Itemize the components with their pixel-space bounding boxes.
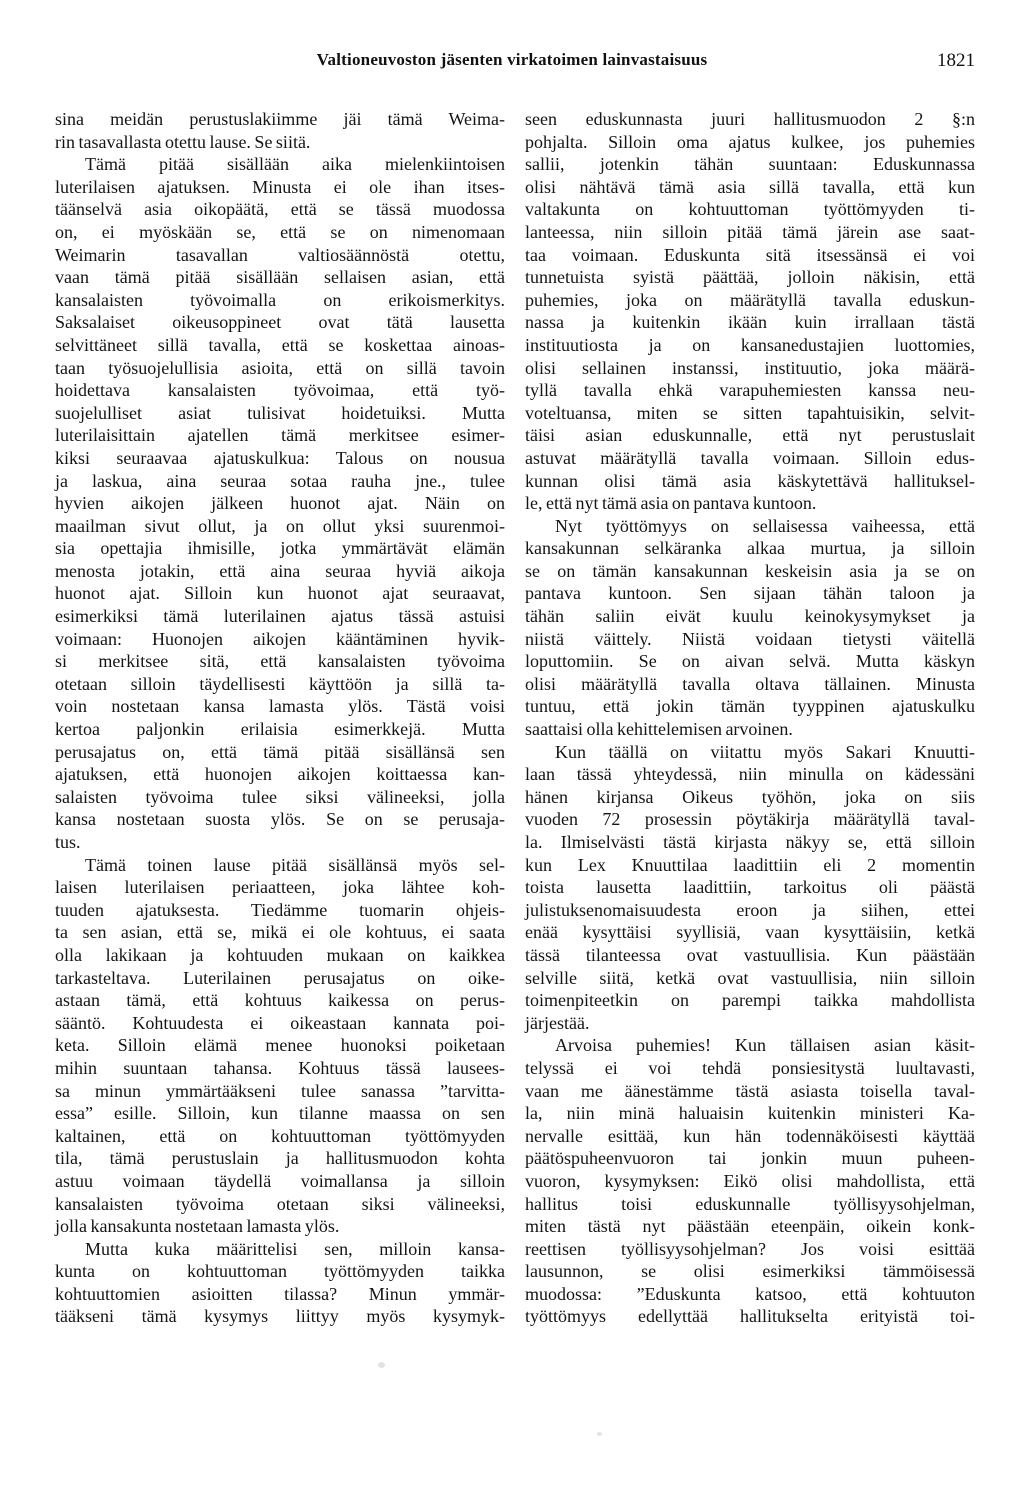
text-line: Nyt työttömyys on sellaisessa vaiheessa,… xyxy=(525,515,975,538)
page-header: Valtioneuvoston jäsenten virkatoimen lai… xyxy=(0,50,1024,76)
text-line: luterilaisittain ajatellen tämä merkitse… xyxy=(55,424,505,447)
text-line: ta sen asian, että se, mikä ei ole kohtu… xyxy=(55,921,505,944)
text-line: hoidettava kansalaisten työvoimaa, että … xyxy=(55,379,505,402)
text-line: instituutiosta ja on kansanedustajien lu… xyxy=(525,334,975,357)
text-line: selvittäneet sillä tavalla, että se kosk… xyxy=(55,334,505,357)
running-title: Valtioneuvoston jäsenten virkatoimen lai… xyxy=(0,50,1024,70)
text-line: hallitus toisi eduskunnalle työllisyysoh… xyxy=(525,1193,975,1216)
text-line: olla lakikaan ja kohtuuden mukaan on kai… xyxy=(55,944,505,967)
text-line: hänen kirjansa Oikeus työhön, joka on si… xyxy=(525,786,975,809)
text-line: luterilaisen ajatuksen. Minusta ei ole i… xyxy=(55,176,505,199)
text-line: sa minun ymmärtääkseni tulee sanassa ”ta… xyxy=(55,1080,505,1103)
text-line: hyvien aikojen jälkeen huonot ajat. Näin… xyxy=(55,492,505,515)
text-line: vaan me äänestämme tästä asiasta toisell… xyxy=(525,1080,975,1103)
text-line: tus. xyxy=(55,831,505,854)
text-line: tarkasteltava. Luterilainen perusajatus … xyxy=(55,967,505,990)
text-line: otetaan silloin täydellisesti käyttöön j… xyxy=(55,673,505,696)
text-line: nassa ja kuitenkin ikään kuin irrallaan … xyxy=(525,311,975,334)
text-line: essa” esille. Silloin, kun tilanne maass… xyxy=(55,1102,505,1125)
text-line: saattaisi olla kehittelemisen arvoinen. xyxy=(525,718,975,741)
text-line: mihin suuntaan tahansa. Kohtuus tässä la… xyxy=(55,1057,505,1080)
text-line: laan tässä yhteydessä, niin minulla on k… xyxy=(525,763,975,786)
text-line: tääkseni tämä kysymys liittyy myös kysym… xyxy=(55,1305,505,1328)
text-line: salaisten työvoima tulee siksi välineeks… xyxy=(55,786,505,809)
text-line: rin tasavallasta otettu lause. Se siitä. xyxy=(55,131,505,154)
text-line: on, ei myöskään se, että se on nimenomaa… xyxy=(55,221,505,244)
text-line: astuvat määrätyllä tavalla voimaan. Sill… xyxy=(525,447,975,470)
text-line: kansa nostetaan suosta ylös. Se on se pe… xyxy=(55,808,505,831)
text-line: ajatuksen, että huonojen aikojen koittae… xyxy=(55,763,505,786)
text-line: tuntuu, että jokin tämän tyyppinen ajatu… xyxy=(525,695,975,718)
scan-artifact xyxy=(597,1432,602,1436)
text-line: esimerkiksi tämä luterilainen ajatus täs… xyxy=(55,605,505,628)
text-line: reettisen työllisyysohjelman? Jos voisi … xyxy=(525,1238,975,1261)
text-line: tyllä tavalla ehkä varapuhemiesten kanss… xyxy=(525,379,975,402)
right-column: seen eduskunnasta juuri hallitusmuodon 2… xyxy=(525,108,975,1328)
text-line: suojelulliset asiat tulisivat hoidetuiks… xyxy=(55,402,505,425)
text-line: miten tästä nyt päästään eteenpäin, oike… xyxy=(525,1215,975,1238)
text-line: sia opettajia ihmisille, jotka ymmärtävä… xyxy=(55,537,505,560)
text-line: muodossa: ”Eduskunta katsoo, että kohtuu… xyxy=(525,1283,975,1306)
text-line: astuu voimaan täydellä voimallansa ja si… xyxy=(55,1170,505,1193)
text-line: enää kysyttäisi syyllisiä, vaan kysyttäi… xyxy=(525,921,975,944)
text-line: pohjalta. Silloin oma ajatus kulkee, jos… xyxy=(525,131,975,154)
text-line: astaan tämä, että kohtuus kaikessa on pe… xyxy=(55,989,505,1012)
text-line: lausunnon, se olisi esimerkiksi tämmöise… xyxy=(525,1260,975,1283)
text-line: Weimarin tasavallan valtiosäännöstä otet… xyxy=(55,244,505,267)
text-line: ja laskua, aina seuraa sotaa rauha jne.,… xyxy=(55,470,505,493)
text-line: olisi nähtävä tämä asia sillä tavalla, e… xyxy=(525,176,975,199)
text-line: täänselvä asia oikopäätä, että se tässä … xyxy=(55,198,505,221)
text-line: voin nostetaan kansa lamasta ylös. Tästä… xyxy=(55,695,505,718)
text-line: kun Lex Knuuttilaa laadittiin eli 2 mome… xyxy=(525,854,975,877)
text-line: sina meidän perustuslakiimme jäi tämä We… xyxy=(55,108,505,131)
text-line: la. Ilmiselvästi tästä kirjasta näkyy se… xyxy=(525,831,975,854)
text-line: kiksi seuraavaa ajatuskulkua: Talous on … xyxy=(55,447,505,470)
text-line: seen eduskunnasta juuri hallitusmuodon 2… xyxy=(525,108,975,131)
text-line: maailman sivut ollut, ja on ollut yksi s… xyxy=(55,515,505,538)
text-line: sääntö. Kohtuudesta ei oikeastaan kannat… xyxy=(55,1012,505,1035)
text-line: Tämä toinen lause pitää sisällänsä myös … xyxy=(55,854,505,877)
text-line: tässä tilanteessa ovat vastuullisia. Kun… xyxy=(525,944,975,967)
text-columns: sina meidän perustuslakiimme jäi tämä We… xyxy=(55,108,975,1328)
text-line: vuoden 72 prosessin pöytäkirja määrätyll… xyxy=(525,808,975,831)
text-line: si merkitsee sitä, että kansalaisten työ… xyxy=(55,650,505,673)
text-line: kunnan olisi tämä asia käskytettävä hall… xyxy=(525,470,975,493)
page-number: 1821 xyxy=(937,50,975,72)
text-line: tähän saliin eivät kuulu keinokysymykset… xyxy=(525,605,975,628)
text-line: voimaan: Huonojen aikojen kääntäminen hy… xyxy=(55,628,505,651)
text-line: puhemies, joka on määrätyllä tavalla edu… xyxy=(525,289,975,312)
text-line: pantava kuntoon. Sen sijaan tähän taloon… xyxy=(525,582,975,605)
text-line: se on tämän kansakunnan keskeisin asia j… xyxy=(525,560,975,583)
text-line: valtakunta on kohtuuttoman työttömyyden … xyxy=(525,198,975,221)
text-line: voteltuansa, miten se sitten tapahtuisik… xyxy=(525,402,975,425)
text-line: tuuden ajatuksesta. Tiedämme tuomarin oh… xyxy=(55,899,505,922)
scan-artifact xyxy=(378,1362,385,1368)
text-line: nervalle esittää, kun hän todennäköisest… xyxy=(525,1125,975,1148)
text-line: selville siitä, ketkä ovat vastuullisia,… xyxy=(525,967,975,990)
text-line: taan työsuojelullisia asioita, että on s… xyxy=(55,357,505,380)
text-line: olisi sellainen instanssi, instituutio, … xyxy=(525,357,975,380)
text-line: Arvoisa puhemies! Kun tällaisen asian kä… xyxy=(525,1034,975,1057)
text-line: keta. Silloin elämä menee huonoksi poike… xyxy=(55,1034,505,1057)
text-line: kansalaisten työvoima otetaan siksi väli… xyxy=(55,1193,505,1216)
text-line: niistä väittely. Niistä voidaan tietysti… xyxy=(525,628,975,651)
text-line: toista lausetta laadittiin, tarkoitus ol… xyxy=(525,876,975,899)
text-line: kaltainen, että on kohtuuttoman työttömy… xyxy=(55,1125,505,1148)
text-line: taa voimaan. Eduskunta sitä itsessänsä e… xyxy=(525,244,975,267)
text-line: kertoa paljonkin erilaisia esimerkkejä. … xyxy=(55,718,505,741)
text-line: kansakunnan selkäranka alkaa murtua, ja … xyxy=(525,537,975,560)
text-line: järjestää. xyxy=(525,1012,975,1035)
text-line: tila, tämä perustuslain ja hallitusmuodo… xyxy=(55,1147,505,1170)
text-line: huonot ajat. Silloin kun huonot ajat seu… xyxy=(55,582,505,605)
text-line: kohtuuttomien asioitten tilassa? Minun y… xyxy=(55,1283,505,1306)
text-line: Saksalaiset oikeusoppineet ovat tätä lau… xyxy=(55,311,505,334)
text-line: julistuksenomaisuudesta eroon ja siihen,… xyxy=(525,899,975,922)
text-line: vuoron, kysymyksen: Eikö olisi mahdollis… xyxy=(525,1170,975,1193)
text-line: täisi asian eduskunnalle, että nyt perus… xyxy=(525,424,975,447)
text-line: loputtomiin. Se on aivan selvä. Mutta kä… xyxy=(525,650,975,673)
text-line: olisi määrätyllä tavalla oltava tällaine… xyxy=(525,673,975,696)
text-line: menosta jotakin, että aina seuraa hyviä … xyxy=(55,560,505,583)
text-line: lanteessa, niin silloin pitää tämä järei… xyxy=(525,221,975,244)
text-line: vaan tämä pitää sisällään sellaisen asia… xyxy=(55,266,505,289)
text-line: kansalaisten työvoimalla on erikoismerki… xyxy=(55,289,505,312)
text-line: la, niin minä haluaisin kuitenkin minist… xyxy=(525,1102,975,1125)
text-line: toimenpiteetkin on parempi taikka mahdol… xyxy=(525,989,975,1012)
text-line: perusajatus on, että tämä pitää sisällän… xyxy=(55,741,505,764)
text-line: kunta on kohtuuttoman työttömyyden taikk… xyxy=(55,1260,505,1283)
text-line: telyssä ei voi tehdä ponsiesitystä luult… xyxy=(525,1057,975,1080)
text-line: Kun täällä on viitattu myös Sakari Knuut… xyxy=(525,741,975,764)
text-line: sallii, jotenkin tähän suuntaan: Eduskun… xyxy=(525,153,975,176)
text-line: päätöspuheenvuoron tai jonkin muun puhee… xyxy=(525,1147,975,1170)
text-line: Mutta kuka määrittelisi sen, milloin kan… xyxy=(55,1238,505,1261)
text-line: le, että nyt tämä asia on pantava kuntoo… xyxy=(525,492,975,515)
text-line: jolla kansakunta nostetaan lamasta ylös. xyxy=(55,1215,505,1238)
text-line: laisen luterilaisen periaatteen, joka lä… xyxy=(55,876,505,899)
text-line: tunnetuista syistä päättää, jolloin näki… xyxy=(525,266,975,289)
left-column: sina meidän perustuslakiimme jäi tämä We… xyxy=(55,108,505,1328)
document-page: Valtioneuvoston jäsenten virkatoimen lai… xyxy=(0,0,1024,1488)
text-line: työttömyys edellyttää hallitukselta erit… xyxy=(525,1305,975,1328)
text-line: Tämä pitää sisällään aika mielenkiintois… xyxy=(55,153,505,176)
